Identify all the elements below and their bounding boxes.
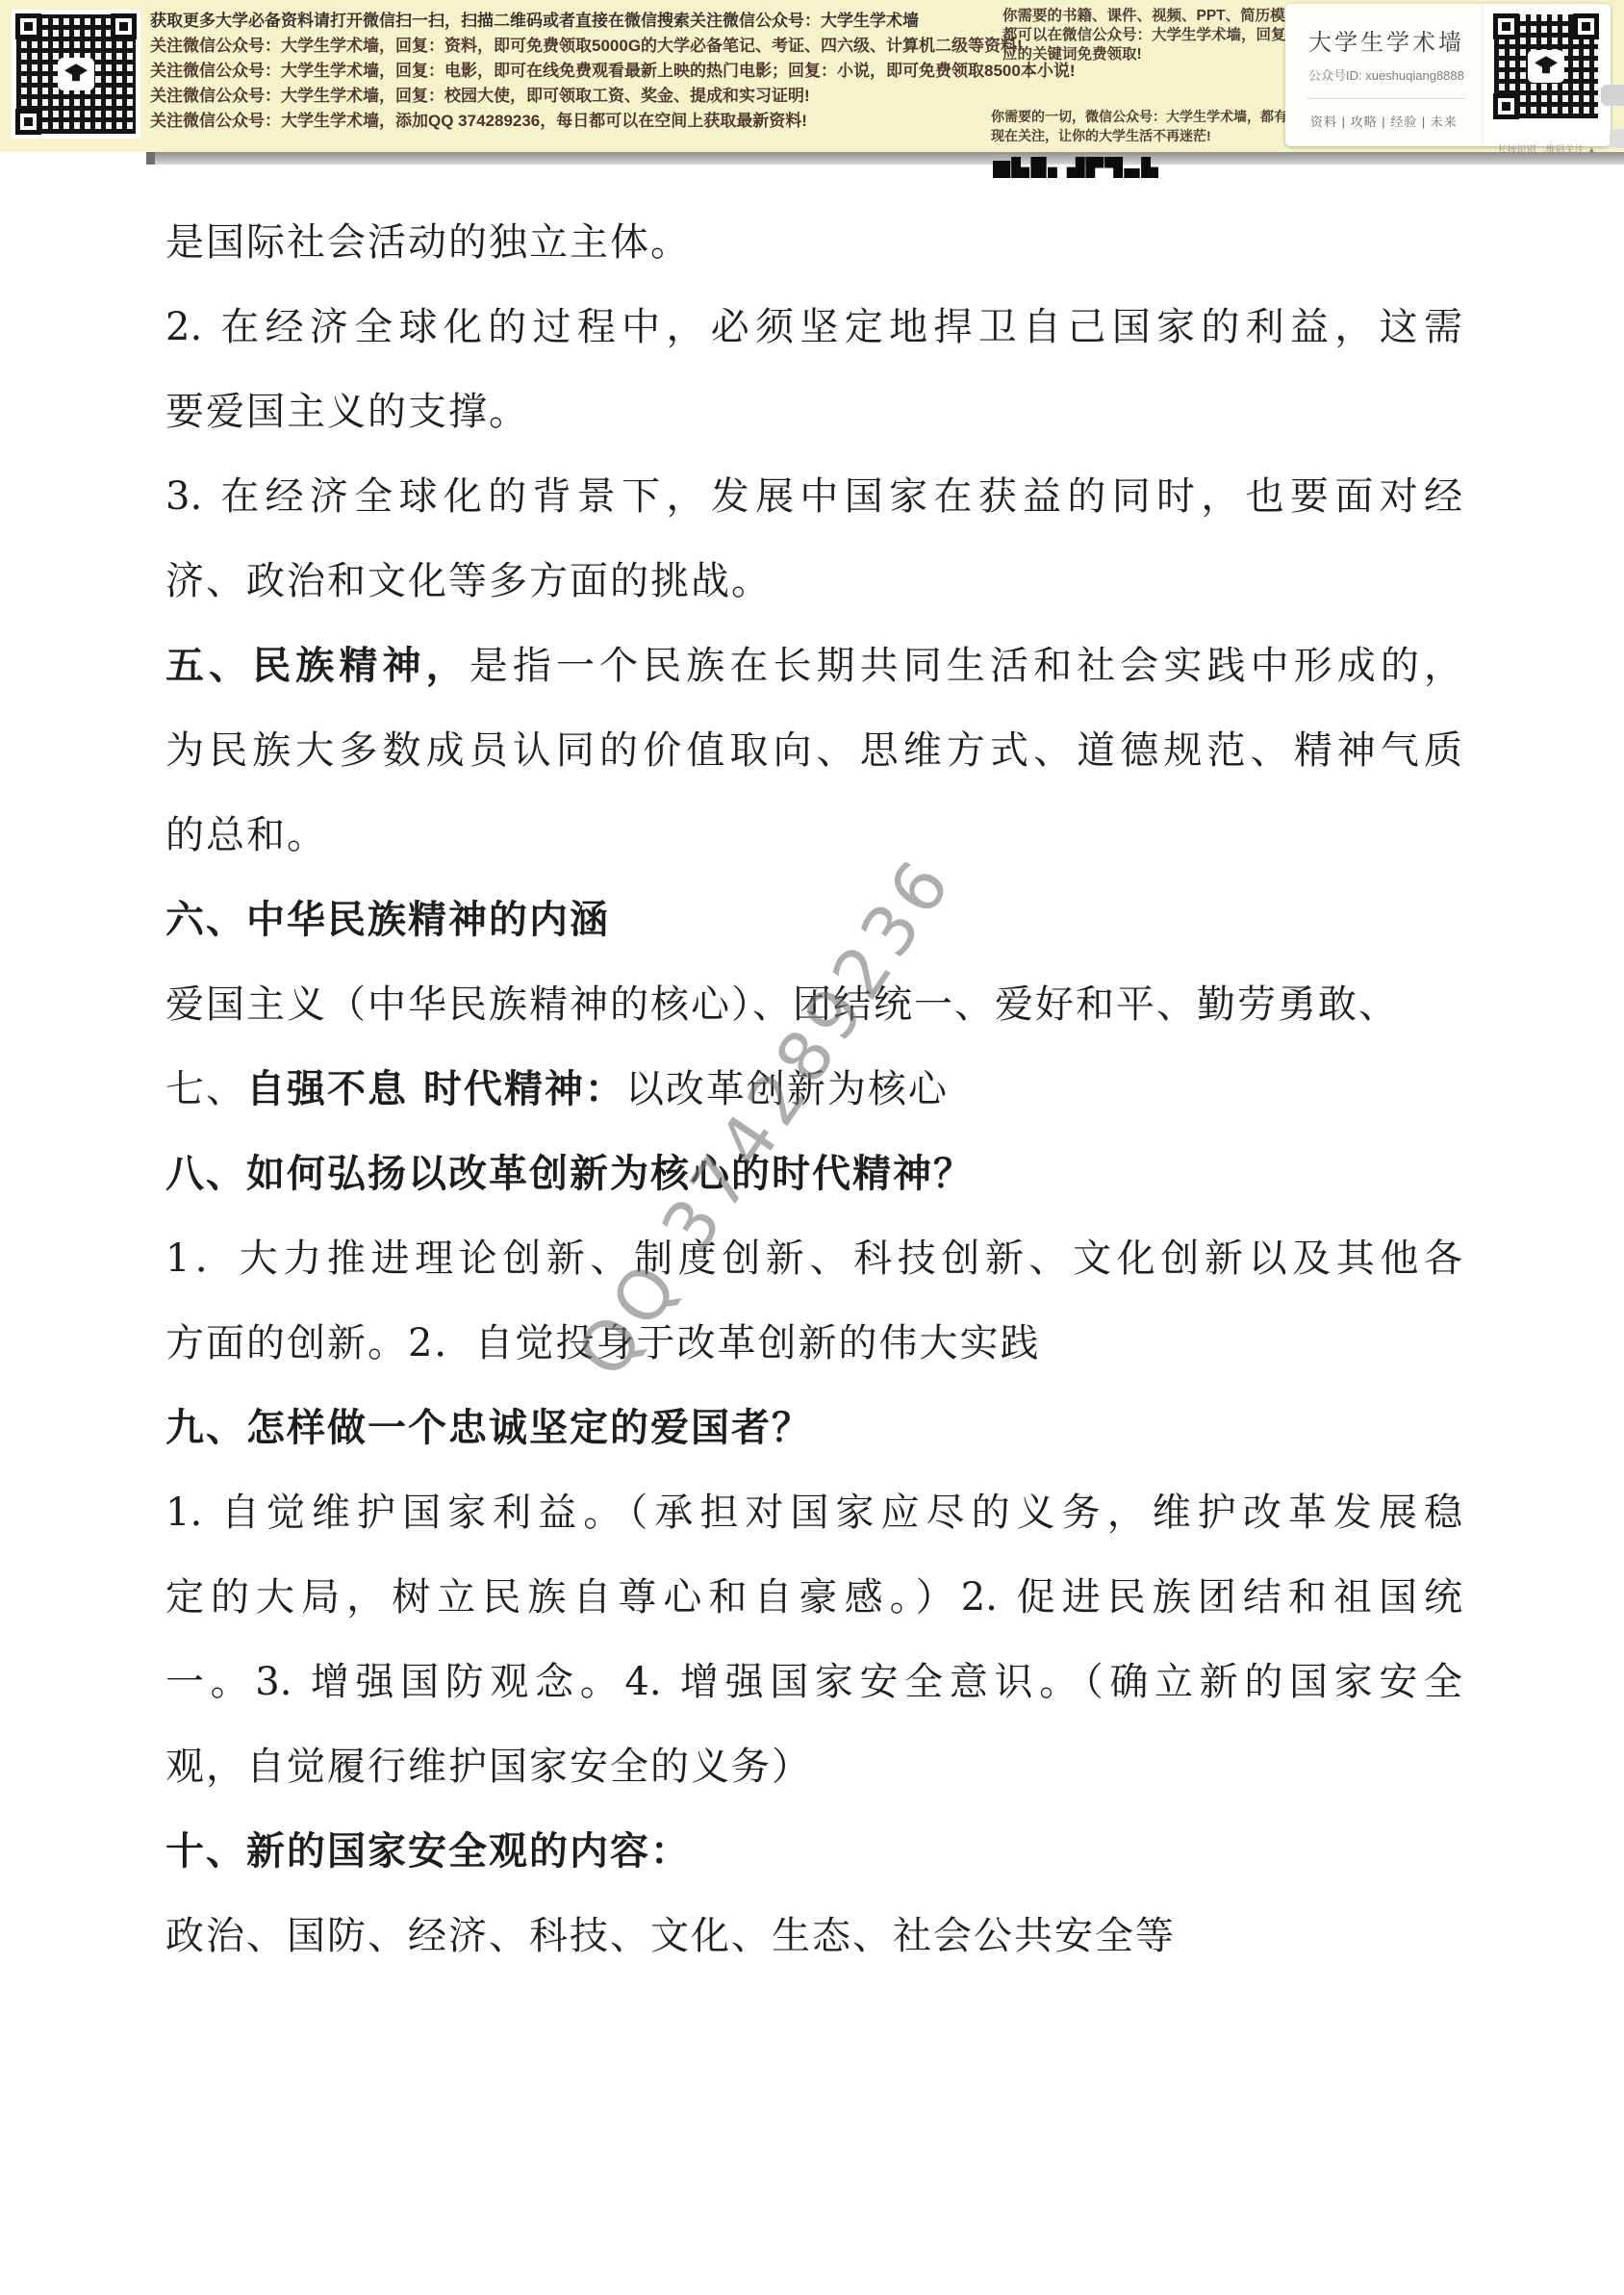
doc-line: 济、政治和文化等多方面的挑战。 <box>165 539 1462 624</box>
doc-line-segment: 一。3. 增强国防观念。4. 增强国家安全意识。（确立新的国家安全 <box>165 1660 1462 1704</box>
doc-line: 九、怎样做一个忠诚坚定的爱国者？ <box>165 1386 1462 1470</box>
qr-code-right <box>1489 10 1603 123</box>
doc-line-segment: 为民族大多数成员认同的价值取向、思维方式、道德规范、精神气质 <box>165 728 1462 773</box>
qr-panel <box>1484 4 1611 146</box>
doc-line: 3. 在经济全球化的背景下，发展中国家在获益的同时，也要面对经 <box>165 454 1462 539</box>
qr-finder-icon <box>15 13 41 39</box>
banner-line: 关注微信公众号：大学生学术墙，回复：电影，即可在线免费观看最新上映的热门电影；回… <box>150 59 1016 84</box>
promo-banner: 获取更多大学必备资料请打开微信扫一扫，扫描二维码或者直接在微信搜索关注微信公众号… <box>0 0 1624 152</box>
doc-line: 要爱国主义的支撑。 <box>165 370 1462 454</box>
qr-finder-icon <box>111 13 137 39</box>
page-edge-blob <box>1601 85 1624 106</box>
doc-line: 六、中华民族精神的内涵 <box>165 878 1462 962</box>
banner-text-block: 获取更多大学必备资料请打开微信扫一扫，扫描二维码或者直接在微信搜索关注微信公众号… <box>150 9 1016 134</box>
doc-line: 1．大力推进理论创新、制度创新、科技创新、文化创新以及其他各 <box>165 1216 1462 1301</box>
account-title: 大学生学术墙 <box>1308 23 1464 57</box>
doc-line-bold-segment: 九、怎样做一个忠诚坚定的爱国者？ <box>165 1406 812 1450</box>
account-id: 公众号ID: xueshuqiang8888 <box>1308 65 1464 84</box>
wechat-account-card: 大学生学术墙 公众号ID: xueshuqiang8888 资料 | 攻略 | … <box>1285 4 1611 146</box>
doc-line-bold-segment: 六、中华民族精神的内涵 <box>165 898 610 942</box>
graduation-cap-icon <box>58 58 94 90</box>
banner-right-text-b: 你需要的一切，微信公众号：大学生学术墙，都有! 现在关注，让你的大学生活不再迷茫… <box>991 107 1289 145</box>
doc-line-segment: 1．大力推进理论创新、制度创新、科技创新、文化创新以及其他各 <box>165 1237 1462 1281</box>
doc-line: 定的大局，树立民族自尊心和自豪感。）2. 促进民族团结和祖国统 <box>165 1555 1462 1640</box>
doc-line-segment: 3. 在经济全球化的背景下，发展中国家在获益的同时，也要面对经 <box>165 474 1462 519</box>
qr-finder-icon <box>1493 13 1519 39</box>
account-tags: 资料 | 攻略 | 经验 | 未来 <box>1310 112 1458 130</box>
doc-line-segment: 七、 <box>165 1067 246 1111</box>
doc-line: 观，自觉履行维护国家安全的义务） <box>165 1724 1462 1809</box>
doc-line: 方面的创新。2．自觉投身于改革创新的伟大实践 <box>165 1301 1462 1386</box>
doc-line-segment: 的总和。 <box>165 813 327 857</box>
page-edge-blob <box>1610 129 1624 148</box>
doc-line-segment: 要爱国主义的支撑。 <box>165 390 529 434</box>
doc-line: 为民族大多数成员认同的价值取向、思维方式、道德规范、精神气质 <box>165 708 1462 793</box>
doc-line-bold-segment: 五、民族精神， <box>165 644 469 688</box>
doc-line: 十、新的国家安全观的内容： <box>165 1809 1462 1894</box>
qr-finder-icon <box>1493 93 1519 119</box>
clipped-heading-fragments: ▆▙█▖▟▛▜▄▙ <box>993 157 1158 178</box>
qr-code-left <box>12 10 140 139</box>
doc-line: 的总和。 <box>165 793 1462 878</box>
banner-line: 现在关注，让你的大学生活不再迷茫! <box>991 126 1289 145</box>
graduation-cap-icon <box>1528 50 1564 83</box>
banner-line: 你需要的书籍、课件、视频、PPT、简历模板 <box>1002 7 1291 26</box>
doc-line-segment: 2. 在经济全球化的过程中，必须坚定地捍卫自己国家的利益，这需 <box>165 305 1462 349</box>
banner-line: 获取更多大学必备资料请打开微信扫一扫，扫描二维码或者直接在微信搜索关注微信公众号… <box>150 9 1016 34</box>
doc-line-segment: 是国际社会活动的独立主体。 <box>165 220 691 265</box>
banner-line: 关注微信公众号：大学生学术墙，回复：校园大使，即可领取工资、奖金、提成和实习证明… <box>150 84 1016 109</box>
divider-bar <box>146 152 1624 165</box>
doc-line: 政治、国防、经济、科技、文化、生态、社会公共安全等 <box>165 1894 1462 1978</box>
qr-finder-icon <box>15 109 41 135</box>
banner-line: 关注微信公众号：大学生学术墙，添加QQ 374289236，每日都可以在空间上获… <box>150 109 1016 134</box>
banner-line: 你需要的一切，微信公众号：大学生学术墙，都有! <box>991 107 1289 126</box>
doc-line-segment: 观，自觉履行维护国家安全的义务） <box>165 1745 812 1789</box>
doc-line-bold-segment: 八、如何弘扬以改革创新为核心的时代精神？ <box>165 1152 974 1196</box>
doc-line-segment: 是指一个民族在长期共同生活和社会实践中形成的， <box>469 644 1462 688</box>
doc-line: 八、如何弘扬以改革创新为核心的时代精神？ <box>165 1132 1462 1216</box>
doc-line-bold-segment: 十、新的国家安全观的内容： <box>165 1829 691 1874</box>
doc-line: 五、民族精神，是指一个民族在长期共同生活和社会实践中形成的， <box>165 624 1462 708</box>
banner-line: 关注微信公众号：大学生学术墙，回复：资料，即可免费领取5000G的大学必备笔记、… <box>150 34 1016 59</box>
banner-right-text-a: 你需要的书籍、课件、视频、PPT、简历模板 都可以在微信公众号：大学生学术墙，回… <box>1002 7 1291 64</box>
doc-line-segment: 1. 自觉维护国家利益。（承担对国家应尽的义务，维护改革发展稳 <box>165 1491 1462 1535</box>
doc-line-segment: 济、政治和文化等多方面的挑战。 <box>165 559 772 603</box>
doc-line: 一。3. 增强国防观念。4. 增强国家安全意识。（确立新的国家安全 <box>165 1640 1462 1724</box>
doc-line-bold-segment: 自强不息 时代精神： <box>246 1067 625 1111</box>
doc-line: 是国际社会活动的独立主体。 <box>165 200 1462 285</box>
qr-finder-icon <box>1573 13 1599 39</box>
banner-line: 应的关键词免费领取! <box>1002 45 1291 64</box>
doc-line-segment: 政治、国防、经济、科技、文化、生态、社会公共安全等 <box>165 1914 1176 1958</box>
card-divider <box>1307 98 1466 99</box>
doc-line-segment: 定的大局，树立民族自尊心和自豪感。）2. 促进民族团结和祖国统 <box>165 1575 1462 1619</box>
banner-line: 都可以在微信公众号：大学生学术墙，回复相 <box>1002 26 1291 45</box>
doc-line: 2. 在经济全球化的过程中，必须坚定地捍卫自己国家的利益，这需 <box>165 285 1462 370</box>
doc-line: 1. 自觉维护国家利益。（承担对国家应尽的义务，维护改革发展稳 <box>165 1470 1462 1555</box>
